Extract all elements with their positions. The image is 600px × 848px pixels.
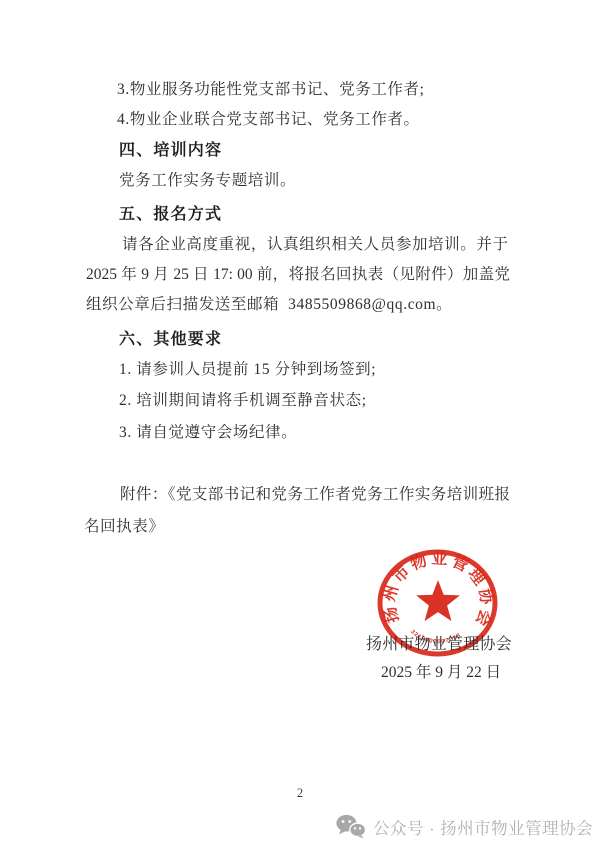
requirement-item-3: 3. 请自觉遵守会场纪律。 — [119, 424, 297, 442]
list-item-3: 3.物业服务功能性党支部书记、党务工作者; — [117, 81, 425, 99]
body-line-training: 党务工作实务专题培训。 — [119, 172, 296, 190]
watermark-label: 公众号 · 扬州市物业管理协会 — [373, 815, 593, 839]
requirement-item-2: 2. 培训期间请将手机调至静音状态; — [119, 392, 367, 410]
requirement-item-1: 1. 请参训人员提前 15 分钟到场签到; — [119, 361, 376, 379]
attachment-line-1: 附件：《党支部书记和党务工作者党务工作实务培训班报 — [120, 486, 510, 504]
body-line-registration-2: 2025 年 9 月 25 日 17: 00 前，将报名回执表（见附件）加盖党 — [86, 266, 510, 284]
body-line-registration-1: 请各企业高度重视，认真组织相关人员参加培训。并于 — [122, 236, 508, 254]
list-item-4: 4.物业企业联合党支部书记、党务工作者。 — [117, 111, 420, 129]
heading-training-content: 四、培训内容 — [119, 142, 222, 160]
wechat-icon — [336, 813, 366, 840]
body-line-registration-email: 组织公章后扫描发送至邮箱 3485509868@qq.com。 — [86, 296, 452, 314]
heading-other-requirements: 六、其他要求 — [119, 331, 222, 349]
signature-org: 扬州市物业管理协会 — [366, 631, 516, 654]
page-number: 2 — [0, 786, 600, 801]
heading-registration: 五、报名方式 — [119, 206, 222, 224]
star-icon — [416, 580, 460, 621]
attachment-line-2: 名回执表》 — [84, 518, 165, 536]
document-page: 3.物业服务功能性党支部书记、党务工作者; 4.物业企业联合党支部书记、党务工作… — [0, 0, 600, 848]
signature-date: 2025 年 9 月 22 日 — [381, 660, 501, 682]
wechat-watermark: 公众号 · 扬州市物业管理协会 — [336, 813, 593, 840]
